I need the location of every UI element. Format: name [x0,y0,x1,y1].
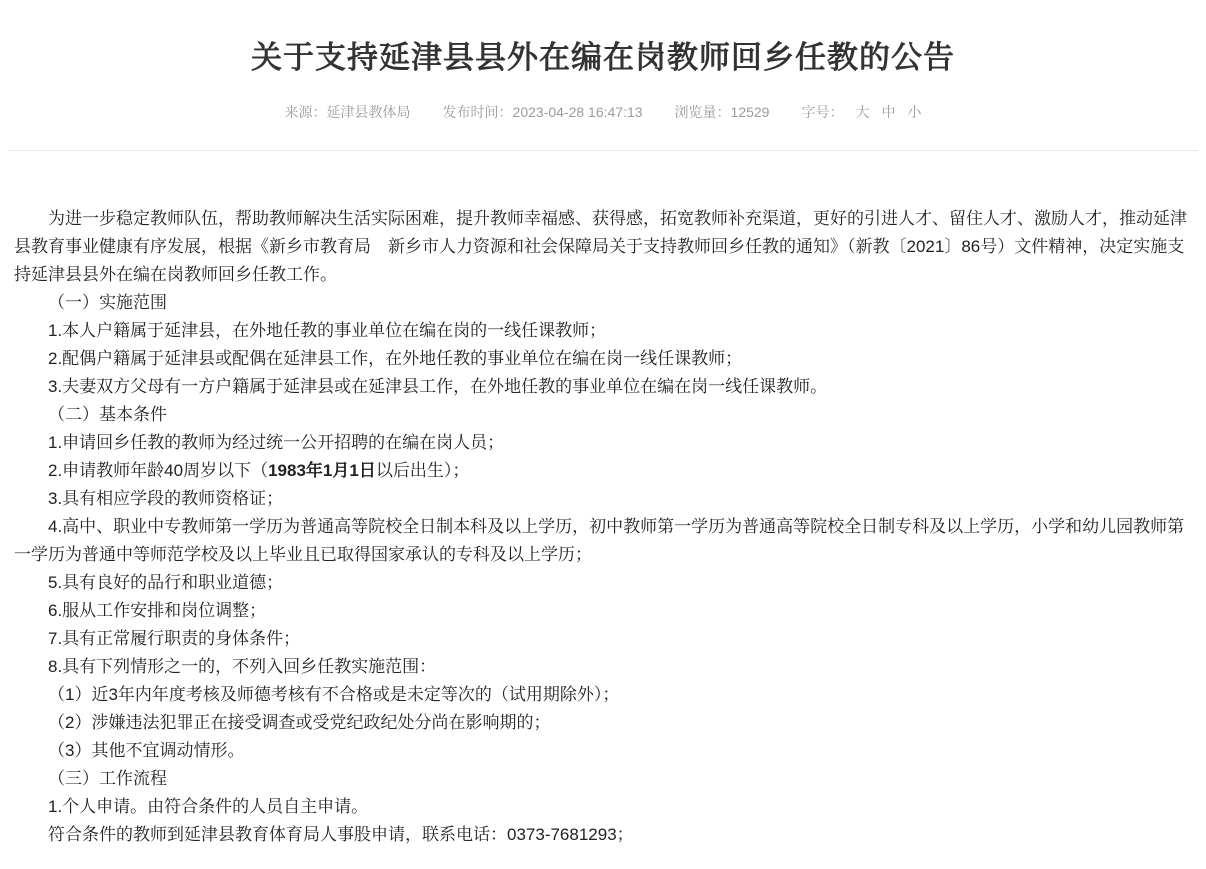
condition-item-5: 5.具有良好的品行和职业道德； [14,569,1192,597]
condition-item-4: 4.高中、职业中专教师第一学历为普通高等院校全日制本科及以上学历，初中教师第一学… [14,513,1192,569]
section-heading-process: （三）工作流程 [14,765,1192,793]
condition-item-8: 8.具有下列情形之一的，不列入回乡任教实施范围： [14,653,1192,681]
condition-item-2-suffix: 以后出生）； [376,461,470,480]
font-size-label: 字号： [801,102,843,122]
condition-item-1: 1.申请回乡任教的教师为经过统一公开招聘的在编在岗人员； [14,429,1192,457]
scope-item-2: 2.配偶户籍属于延津县或配偶在延津县工作，在外地任教的事业单位在编在岗一线任课教… [14,345,1192,373]
font-size-small-button[interactable]: 小 [907,102,921,122]
condition-item-3: 3.具有相应学段的教师资格证； [14,485,1192,513]
intro-paragraph: 为进一步稳定教师队伍，帮助教师解决生活实际困难，提升教师幸福感、获得感，拓宽教师… [14,205,1192,289]
font-size-control: 字号： 大 中 小 [801,102,921,122]
section-heading-conditions: （二）基本条件 [14,401,1192,429]
article-meta-bar: 来源：延津县教体局 发布时间：2023-04-28 16:47:13 浏览量：1… [0,102,1206,122]
font-size-large-button[interactable]: 大 [855,102,869,122]
process-item-1: 1.个人申请。由符合条件的人员自主申请。 [14,793,1192,821]
meta-source: 来源：延津县教体局 [285,102,411,122]
exclusion-item-3: （3）其他不宜调动情形。 [14,737,1192,765]
section-heading-scope: （一）实施范围 [14,289,1192,317]
scope-item-1: 1.本人户籍属于延津县，在外地任教的事业单位在编在岗的一线任课教师； [14,317,1192,345]
exclusion-item-2: （2）涉嫌违法犯罪正在接受调查或受党纪政纪处分尚在影响期的； [14,709,1192,737]
scope-item-3: 3.夫妻双方父母有一方户籍属于延津县或在延津县工作，在外地任教的事业单位在编在岗… [14,373,1192,401]
article-header: 关于支持延津县县外在编在岗教师回乡任教的公告 来源：延津县教体局 发布时间：20… [0,0,1206,151]
exclusion-item-1: （1）近3年内年度考核及师德考核有不合格或是未定等次的（试用期除外）； [14,681,1192,709]
condition-item-6: 6.服从工作安排和岗位调整； [14,597,1192,625]
page-title: 关于支持延津县县外在编在岗教师回乡任教的公告 [0,40,1206,76]
article-body: 为进一步稳定教师队伍，帮助教师解决生活实际困难，提升教师幸福感、获得感，拓宽教师… [0,151,1206,869]
condition-item-7: 7.具有正常履行职责的身体条件； [14,625,1192,653]
font-size-medium-button[interactable]: 中 [881,102,895,122]
meta-publish-time: 发布时间：2023-04-28 16:47:13 [443,102,643,122]
contact-paragraph: 符合条件的教师到延津县教育体育局人事股申请，联系电话：0373-7681293； [14,821,1192,849]
condition-item-2: 2.申请教师年龄40周岁以下（1983年1月1日以后出生）； [14,457,1192,485]
meta-view-count: 浏览量：12529 [675,102,770,122]
announcement-page: 关于支持延津县县外在编在岗教师回乡任教的公告 来源：延津县教体局 发布时间：20… [0,0,1206,869]
condition-item-2-prefix: 2.申请教师年龄40周岁以下（ [48,461,268,480]
condition-item-2-bold-date: 1983年1月1日 [268,461,376,480]
